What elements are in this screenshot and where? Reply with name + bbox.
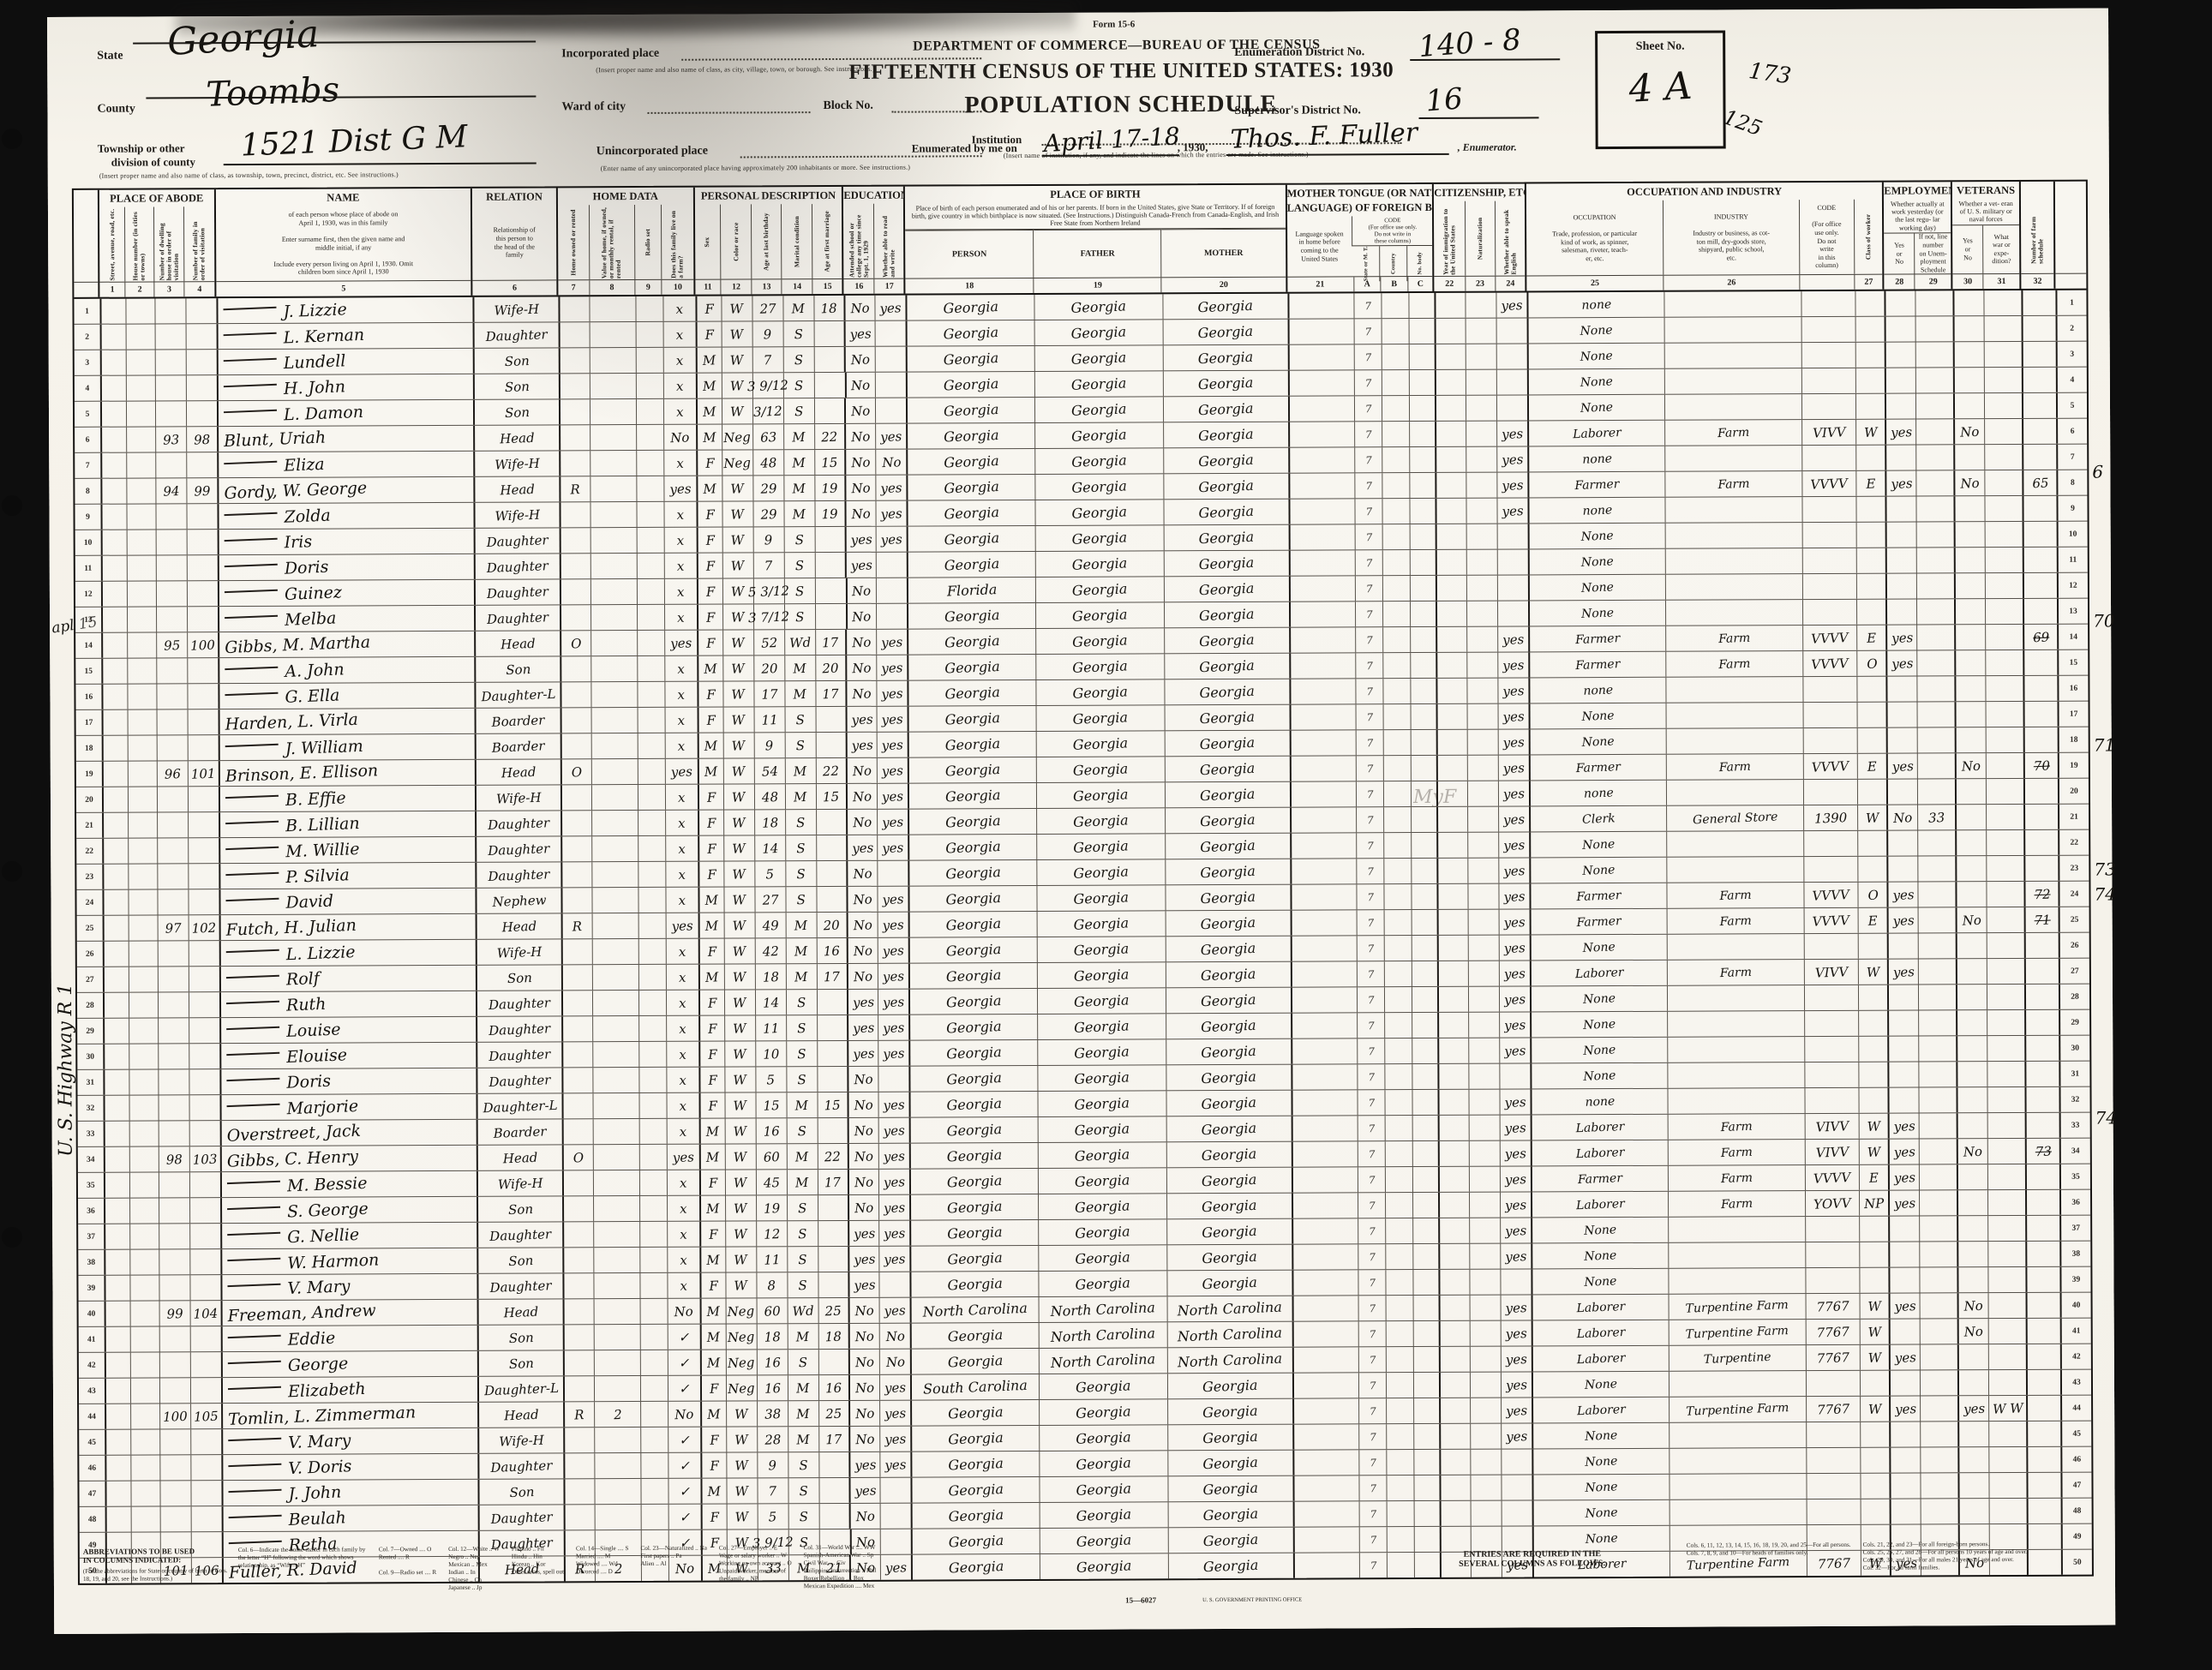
line-number: 10 <box>75 530 101 555</box>
data-cell <box>159 1455 190 1480</box>
data-cell <box>563 1325 594 1350</box>
data-cell: Georgia <box>1167 1399 1292 1425</box>
empty-cell <box>1412 1193 1438 1218</box>
empty-cell <box>128 735 157 760</box>
data-cell <box>1957 1190 1987 1215</box>
data-cell: None <box>1529 858 1666 883</box>
data-cell: 7 <box>1354 319 1382 344</box>
data-cell: Laborer <box>1532 1346 1669 1372</box>
data-cell: Georgia <box>1166 1245 1292 1271</box>
data-cell <box>159 1506 190 1531</box>
data-cell: 29 <box>752 476 783 500</box>
data-cell: Georgia <box>1166 937 1291 962</box>
data-cell: No <box>848 1067 878 1092</box>
data-cell <box>189 1018 219 1043</box>
data-cell: Georgia <box>1034 371 1163 397</box>
data-cell: None <box>1532 1449 1669 1475</box>
empty-cell <box>1437 884 1468 909</box>
empty-cell <box>128 915 157 940</box>
empty-cell <box>101 710 127 735</box>
empty-cell <box>1412 859 1437 883</box>
data-cell: Georgia <box>1166 1116 1291 1142</box>
line-number: 22 <box>2058 830 2089 855</box>
empty-cell <box>128 812 157 837</box>
line-number: 31 <box>77 1070 103 1095</box>
data-cell: yes <box>1888 1190 1919 1215</box>
empty-cell <box>1383 730 1411 755</box>
empty-cell <box>104 1122 129 1146</box>
data-cell: M <box>786 1092 817 1117</box>
empty-cell <box>1466 550 1497 575</box>
farm-schedule-cell <box>2024 1036 2059 1061</box>
empty-cell <box>1387 1501 1414 1526</box>
data-cell <box>186 375 217 400</box>
data-cell <box>1916 625 1954 649</box>
empty-cell <box>1466 576 1497 601</box>
data-cell: Turpentine Farm <box>1668 1294 1805 1320</box>
empty-cell <box>1467 756 1498 781</box>
data-cell: yes <box>1887 907 1918 932</box>
data-cell: yes <box>875 424 906 449</box>
data-cell: Laborer <box>1527 421 1664 446</box>
line-number: 33 <box>2059 1113 2090 1138</box>
data-cell: 45 <box>756 1170 787 1194</box>
data-cell <box>1664 343 1801 368</box>
data-cell <box>559 348 590 373</box>
data-cell <box>590 374 636 398</box>
data-cell: x <box>667 1222 699 1247</box>
data-cell: M <box>783 501 814 526</box>
data-cell: yes <box>1886 650 1917 675</box>
empty-cell <box>127 607 156 631</box>
data-cell: 7 <box>1357 833 1384 858</box>
data-cell: yes <box>877 707 908 732</box>
data-cell: Georgia <box>1036 834 1165 859</box>
data-cell: 14 <box>755 990 786 1015</box>
data-cell: Georgia <box>1038 1219 1166 1245</box>
name-cell: J. Lizzie <box>216 297 473 323</box>
data-cell: VVVV <box>1804 1165 1859 1190</box>
data-cell <box>1803 831 1858 856</box>
empty-cell <box>1291 1167 1358 1192</box>
data-cell: F <box>698 811 723 835</box>
data-cell <box>1805 1371 1860 1396</box>
data-cell <box>1918 959 1956 984</box>
line-number: 32 <box>2059 1087 2090 1112</box>
line-number: 48 <box>2061 1499 2092 1523</box>
data-cell: yes <box>1497 626 1528 651</box>
data-cell: yes <box>1885 625 1916 649</box>
data-cell: 3 9/12 <box>752 373 782 398</box>
data-cell: 8 <box>756 1272 787 1297</box>
data-cell <box>1920 1344 1957 1369</box>
data-cell <box>1916 599 1954 624</box>
data-cell <box>1917 753 1955 778</box>
name-cell: S. George <box>220 1197 477 1223</box>
empty-cell <box>1466 344 1496 369</box>
data-cell: yes <box>876 501 907 526</box>
farm-schedule-cell <box>2026 1396 2060 1421</box>
data-cell: Daughter <box>476 862 561 887</box>
empty-cell <box>638 991 666 1015</box>
empty-cell <box>1386 1244 1413 1269</box>
data-cell <box>1986 779 2023 804</box>
empty-cell <box>1413 1373 1439 1398</box>
data-cell <box>1987 1062 2025 1086</box>
data-cell: No <box>849 1401 880 1426</box>
empty-cell <box>103 1044 129 1069</box>
data-cell: Head <box>475 759 560 784</box>
header-group: CITIZENSHIP, ETC.Year of immigration to … <box>1434 183 1526 290</box>
data-cell <box>159 1224 189 1248</box>
data-cell: 7 <box>1358 1373 1386 1398</box>
empty-cell <box>129 941 158 966</box>
data-cell: 98 <box>186 427 217 452</box>
data-cell: North Carolina <box>1166 1322 1292 1348</box>
data-cell <box>1500 1063 1531 1088</box>
data-cell: W <box>722 476 752 500</box>
data-cell: W <box>1857 805 1886 830</box>
data-cell: 9 <box>752 321 782 346</box>
data-cell <box>1857 677 1886 702</box>
data-cell <box>1856 497 1885 522</box>
data-cell: yes <box>1498 858 1529 883</box>
data-cell <box>560 554 590 578</box>
empty-cell <box>1437 987 1468 1012</box>
data-cell: Georgia <box>1040 1476 1168 1502</box>
line-number: 15 <box>75 659 101 684</box>
empty-cell <box>1287 319 1354 344</box>
empty-cell <box>1467 679 1498 703</box>
data-cell: W <box>725 1272 756 1297</box>
data-cell: 7 <box>1355 524 1382 549</box>
empty-cell <box>1437 1013 1468 1038</box>
data-cell: Georgia <box>911 1452 1040 1477</box>
line-number: 29 <box>77 1019 103 1044</box>
data-cell <box>1919 1087 1957 1112</box>
enumeration-district-label: Enumeration District No. <box>1234 45 1364 60</box>
data-cell <box>189 1249 220 1274</box>
farm-schedule-cell <box>2025 1190 2059 1215</box>
data-cell <box>1918 985 1956 1009</box>
data-cell: x <box>664 682 697 707</box>
empty-cell <box>640 1428 668 1452</box>
data-cell: 7 <box>1359 1475 1387 1500</box>
data-cell: 104 <box>189 1301 220 1326</box>
data-cell: North Carolina <box>1039 1348 1167 1374</box>
empty-cell <box>1413 1244 1439 1269</box>
empty-cell <box>1468 987 1499 1012</box>
data-cell: yes <box>1887 959 1918 984</box>
empty-cell <box>129 1018 158 1043</box>
data-cell <box>1985 470 2023 495</box>
data-cell <box>1957 1267 1988 1292</box>
data-cell <box>1665 703 1802 728</box>
farm-schedule-cell <box>2027 1499 2061 1523</box>
name-cell: A. John <box>218 657 475 683</box>
data-cell: W <box>722 553 752 578</box>
data-cell <box>816 810 847 835</box>
data-cell <box>1919 1139 1957 1164</box>
data-cell <box>560 528 590 553</box>
data-cell <box>1885 496 1916 521</box>
data-cell <box>591 836 638 861</box>
data-cell: W <box>1858 960 1887 985</box>
data-cell <box>1496 395 1527 420</box>
data-cell <box>815 733 846 757</box>
sheet-value: 4 A <box>1597 63 1724 113</box>
data-cell: F <box>700 1376 726 1401</box>
empty-cell <box>1383 807 1411 832</box>
data-cell: No <box>845 450 876 475</box>
empty-cell <box>637 656 664 681</box>
data-cell <box>560 888 591 913</box>
data-cell: VIVV <box>1804 1140 1859 1164</box>
line-number: 5 <box>75 402 100 427</box>
data-cell <box>1801 523 1856 548</box>
data-cell <box>158 992 189 1017</box>
data-cell: M <box>699 1325 725 1350</box>
data-cell: F <box>697 682 722 707</box>
data-cell <box>816 835 847 860</box>
empty-cell <box>1383 627 1411 652</box>
data-cell <box>563 1376 594 1401</box>
data-cell <box>592 1016 638 1041</box>
data-cell: 20 <box>815 655 846 680</box>
data-cell: Georgia <box>1035 551 1164 577</box>
farm-schedule-cell <box>2022 419 2056 444</box>
data-cell <box>1916 548 1954 572</box>
empty-cell <box>1412 884 1437 909</box>
empty-cell <box>1470 1296 1501 1320</box>
data-cell: M <box>699 1248 725 1272</box>
data-cell <box>1890 1447 1921 1472</box>
data-cell: yes <box>1501 1320 1532 1345</box>
data-cell: x <box>663 374 696 398</box>
empty-cell <box>101 556 127 581</box>
data-cell: None <box>1528 601 1665 626</box>
empty-cell <box>637 579 664 604</box>
empty-cell <box>105 1404 130 1429</box>
farm-schedule-cell <box>2023 779 2058 804</box>
data-cell: yes <box>879 1221 910 1246</box>
data-cell: 94 <box>155 478 186 503</box>
data-cell: x <box>665 811 698 835</box>
data-cell: Georgia <box>1163 474 1288 500</box>
header-group: MOTHER TONGUE (OR NATIVELANGUAGE) OF FOR… <box>1286 184 1434 292</box>
data-cell: Georgia <box>1037 1039 1166 1065</box>
data-cell <box>159 1172 189 1197</box>
data-cell <box>560 811 591 835</box>
empty-cell <box>1469 1141 1500 1166</box>
data-cell <box>1861 1422 1890 1447</box>
data-cell <box>817 1118 848 1143</box>
data-cell <box>876 578 907 603</box>
empty-cell <box>638 1093 666 1118</box>
data-cell <box>1987 1087 2025 1112</box>
data-cell <box>878 861 908 886</box>
data-cell <box>593 1196 639 1221</box>
data-cell <box>813 347 844 372</box>
data-cell: ✓ <box>667 1325 699 1350</box>
data-cell: 7 <box>1357 936 1384 961</box>
data-cell: Georgia <box>1166 1065 1291 1091</box>
name-cell: Tomlin, L. Zimmerman <box>221 1403 478 1428</box>
data-cell <box>560 502 590 527</box>
empty-cell <box>1292 1321 1358 1346</box>
data-cell: None <box>1532 1475 1669 1500</box>
county-label: County <box>97 103 135 117</box>
data-cell: W <box>723 938 754 963</box>
empty-cell <box>1436 653 1467 678</box>
data-cell <box>1915 342 1953 367</box>
empty-cell <box>1469 1244 1500 1269</box>
data-cell <box>189 1095 219 1120</box>
data-cell: Georgia <box>909 1066 1038 1092</box>
empty-cell <box>1438 1193 1469 1218</box>
data-cell <box>188 812 219 837</box>
name-cell: Elizabeth <box>221 1377 478 1403</box>
empty-cell <box>128 838 157 863</box>
farm-schedule-cell <box>2023 522 2057 547</box>
line-number: 15 <box>2057 650 2088 675</box>
data-cell: 5 3/12 <box>753 578 784 603</box>
data-cell: Son <box>473 374 559 398</box>
empty-cell <box>1386 1218 1413 1243</box>
data-cell: M <box>700 1402 726 1427</box>
data-cell <box>1667 1037 1804 1062</box>
data-cell: Wd <box>787 1298 818 1323</box>
data-cell: Georgia <box>1166 1219 1292 1245</box>
data-cell: No <box>667 1299 699 1324</box>
data-cell <box>154 298 185 323</box>
data-cell: Daughter-L <box>477 1376 563 1401</box>
data-cell: 60 <box>756 1298 787 1323</box>
data-cell <box>1802 780 1857 805</box>
data-cell: W <box>725 1247 756 1272</box>
data-cell: 15 <box>814 450 845 475</box>
data-cell: Georgia <box>1036 757 1165 782</box>
data-cell: Georgia <box>1038 1245 1166 1271</box>
empty-cell <box>1384 987 1412 1012</box>
empty-cell <box>100 428 126 452</box>
line-number: 7 <box>2056 445 2087 470</box>
data-cell: F <box>697 554 722 578</box>
empty-cell <box>1439 1270 1470 1295</box>
data-cell: Georgia <box>1164 602 1289 628</box>
data-cell: Head <box>477 1402 563 1427</box>
data-cell: General Store <box>1666 805 1803 831</box>
schedule-title: POPULATION SCHEDULE <box>964 91 1277 120</box>
data-cell <box>591 862 638 887</box>
data-cell: Head <box>477 1299 563 1324</box>
data-cell: 7 <box>1359 1501 1387 1526</box>
data-cell: W <box>726 1452 757 1477</box>
empty-cell <box>639 1170 667 1195</box>
data-cell: Georgia <box>909 1220 1038 1246</box>
data-cell <box>155 401 186 426</box>
data-cell: No <box>847 810 878 835</box>
empty-cell <box>1412 1064 1438 1089</box>
data-cell <box>1887 933 1918 958</box>
name-cell: Marjorie <box>219 1094 477 1120</box>
data-cell <box>1664 368 1801 394</box>
data-cell <box>563 1299 594 1324</box>
empty-cell <box>1382 499 1410 524</box>
data-cell: 7 <box>1358 1296 1386 1320</box>
empty-cell <box>637 605 664 630</box>
data-cell: 100 <box>187 632 218 657</box>
township-label-1: Township or other <box>98 141 185 155</box>
data-cell: No <box>848 1092 878 1117</box>
data-cell: 7 <box>1358 1090 1385 1115</box>
data-cell <box>185 298 216 323</box>
data-cell: VVVV <box>1802 626 1857 650</box>
data-cell: R <box>563 1402 594 1427</box>
data-cell: Farmer <box>1529 755 1666 781</box>
empty-cell <box>1469 1064 1500 1089</box>
empty-cell <box>1410 499 1436 524</box>
data-cell <box>1856 574 1885 599</box>
data-cell: Georgia <box>1167 1476 1292 1502</box>
data-cell <box>590 528 637 553</box>
data-cell: M <box>783 424 814 449</box>
data-cell: F <box>697 708 722 733</box>
data-cell <box>590 656 637 681</box>
data-cell: Georgia <box>1037 911 1166 937</box>
data-cell: 7 <box>1356 627 1383 652</box>
data-cell <box>561 965 592 990</box>
data-cell: 102 <box>188 915 219 940</box>
empty-cell <box>127 632 156 657</box>
line-number: 18 <box>2058 727 2089 752</box>
data-cell: S <box>784 733 815 757</box>
data-cell: W <box>723 835 754 860</box>
data-cell: No <box>845 578 876 603</box>
data-cell: M <box>783 476 814 500</box>
data-cell: yes <box>665 759 698 784</box>
data-cell: M <box>696 399 722 424</box>
data-cell <box>1886 702 1917 727</box>
data-cell: yes <box>845 527 876 552</box>
data-cell <box>189 1224 220 1248</box>
data-cell: Georgia <box>909 1092 1038 1117</box>
data-cell <box>1954 573 1985 598</box>
data-cell <box>1987 882 2024 907</box>
data-cell <box>1986 676 2023 701</box>
empty-cell <box>1288 550 1355 575</box>
data-cell: yes <box>879 1375 910 1400</box>
empty-cell <box>1386 1347 1413 1372</box>
data-cell: W <box>724 1092 755 1117</box>
empty-cell <box>100 402 126 427</box>
data-cell <box>1667 934 1804 960</box>
line-number: 8 <box>2056 470 2087 495</box>
line-number: 36 <box>78 1199 104 1224</box>
name-cell: Freeman, Andrew <box>220 1300 477 1326</box>
data-cell: 7 <box>1358 1064 1385 1089</box>
data-cell: yes <box>849 1478 880 1503</box>
data-cell <box>564 1505 595 1529</box>
farm-schedule-cell <box>2023 548 2057 572</box>
data-cell <box>818 1452 849 1477</box>
empty-cell <box>1469 1090 1500 1115</box>
empty-cell <box>639 1299 667 1324</box>
data-cell: No <box>1954 470 1985 495</box>
entries-block: Cols. 6, 11, 12, 13, 14, 15, 16, 18, 19,… <box>1687 1541 1851 1558</box>
data-cell <box>1986 856 2023 881</box>
data-cell <box>1859 1062 1888 1087</box>
